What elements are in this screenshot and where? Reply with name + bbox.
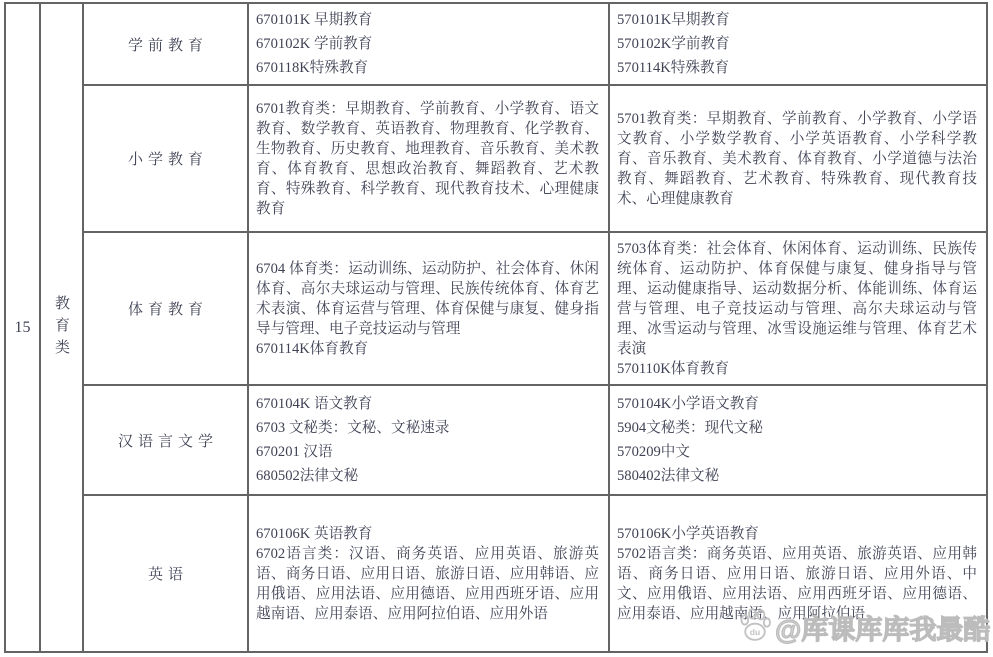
major-cell: 英语 [84, 496, 249, 651]
education-category-table: 15 教育类 学前教育 670101K 早期教育670102K 学前教育6701… [4, 2, 988, 653]
major-label: 小学教育 [123, 148, 208, 169]
code-line: 670104K 语文教育 [256, 392, 599, 416]
major-label: 学前教育 [123, 34, 208, 55]
codes-left-cell: 670101K 早期教育670102K 学前教育670118K特殊教育 [249, 4, 610, 86]
row-number-cell: 15 [6, 4, 41, 651]
code-line: 6701教育类：早期教育、学前教育、小学教育、语文教育、数学教育、英语教育、物理… [256, 99, 599, 219]
code-line: 6704 体育类：运动训练、运动防护、社会体育、休闲体育、高尔夫球运动与管理、民… [256, 259, 599, 339]
codes-left-cell: 6701教育类：早期教育、学前教育、小学教育、语文教育、数学教育、英语教育、物理… [249, 86, 610, 233]
major-label: 英语 [143, 563, 188, 584]
code-line: 670114K体育教育 [256, 339, 599, 359]
codes-right-cell: 570101K早期教育570102K学前教育570114K特殊教育 [610, 4, 986, 86]
code-line: 570102K学前教育 [617, 32, 977, 56]
code-line: 580402法律文秘 [617, 464, 977, 488]
code-line: 5703体育类：社会体育、休闲体育、运动训练、民族传统体育、运动防护、体育保健与… [617, 239, 977, 359]
major-label: 体育教育 [123, 298, 208, 319]
code-line: 670106K 英语教育 [256, 524, 599, 544]
codes-right-cell: 570106K小学英语教育5702语言类：商务英语、应用英语、旅游英语、应用韩语… [610, 496, 986, 651]
major-label: 汉语言文学 [113, 430, 218, 451]
code-line: 680502法律文秘 [256, 464, 599, 488]
code-line: 6702语言类：汉语、商务英语、应用英语、旅游英语、商务日语、应用日语、旅游日语… [256, 544, 599, 624]
codes-right-cell: 5703体育类：社会体育、休闲体育、运动训练、民族传统体育、运动防护、体育保健与… [610, 233, 986, 386]
code-line: 670118K特殊教育 [256, 56, 599, 80]
category-cell: 教育类 [41, 4, 84, 651]
code-line: 6703 文秘类：文秘、文秘速录 [256, 416, 599, 440]
code-line: 5702语言类：商务英语、应用英语、旅游英语、应用韩语、商务日语、应用日语、旅游… [617, 544, 977, 624]
code-line: 670101K 早期教育 [256, 8, 599, 32]
code-line: 670201 汉语 [256, 440, 599, 464]
code-line: 5701教育类：早期教育、学前教育、小学教育、小学语文教育、小学数学教育、小学英… [617, 109, 977, 209]
row-number: 15 [15, 319, 31, 337]
codes-left-cell: 670106K 英语教育6702语言类：汉语、商务英语、应用英语、旅游英语、商务… [249, 496, 610, 651]
codes-right-cell: 570104K小学语文教育5904文秘类：现代文秘570209中文580402法… [610, 386, 986, 496]
codes-left-cell: 670104K 语文教育6703 文秘类：文秘、文秘速录670201 汉语680… [249, 386, 610, 496]
codes-left-cell: 6704 体育类：运动训练、运动防护、社会体育、休闲体育、高尔夫球运动与管理、民… [249, 233, 610, 386]
major-cell: 汉语言文学 [84, 386, 249, 496]
code-line: 570101K早期教育 [617, 8, 977, 32]
major-cell: 体育教育 [84, 233, 249, 386]
code-line: 5904文秘类：现代文秘 [617, 416, 977, 440]
code-line: 570209中文 [617, 440, 977, 464]
codes-right-cell: 5701教育类：早期教育、学前教育、小学教育、小学语文教育、小学数学教育、小学英… [610, 86, 986, 233]
category-label: 教育类 [51, 295, 72, 361]
code-line: 570110K体育教育 [617, 359, 977, 379]
code-line: 570104K小学语文教育 [617, 392, 977, 416]
code-line: 670102K 学前教育 [256, 32, 599, 56]
code-line: 570114K特殊教育 [617, 56, 977, 80]
code-line: 570106K小学英语教育 [617, 524, 977, 544]
major-cell: 学前教育 [84, 4, 249, 86]
major-cell: 小学教育 [84, 86, 249, 233]
